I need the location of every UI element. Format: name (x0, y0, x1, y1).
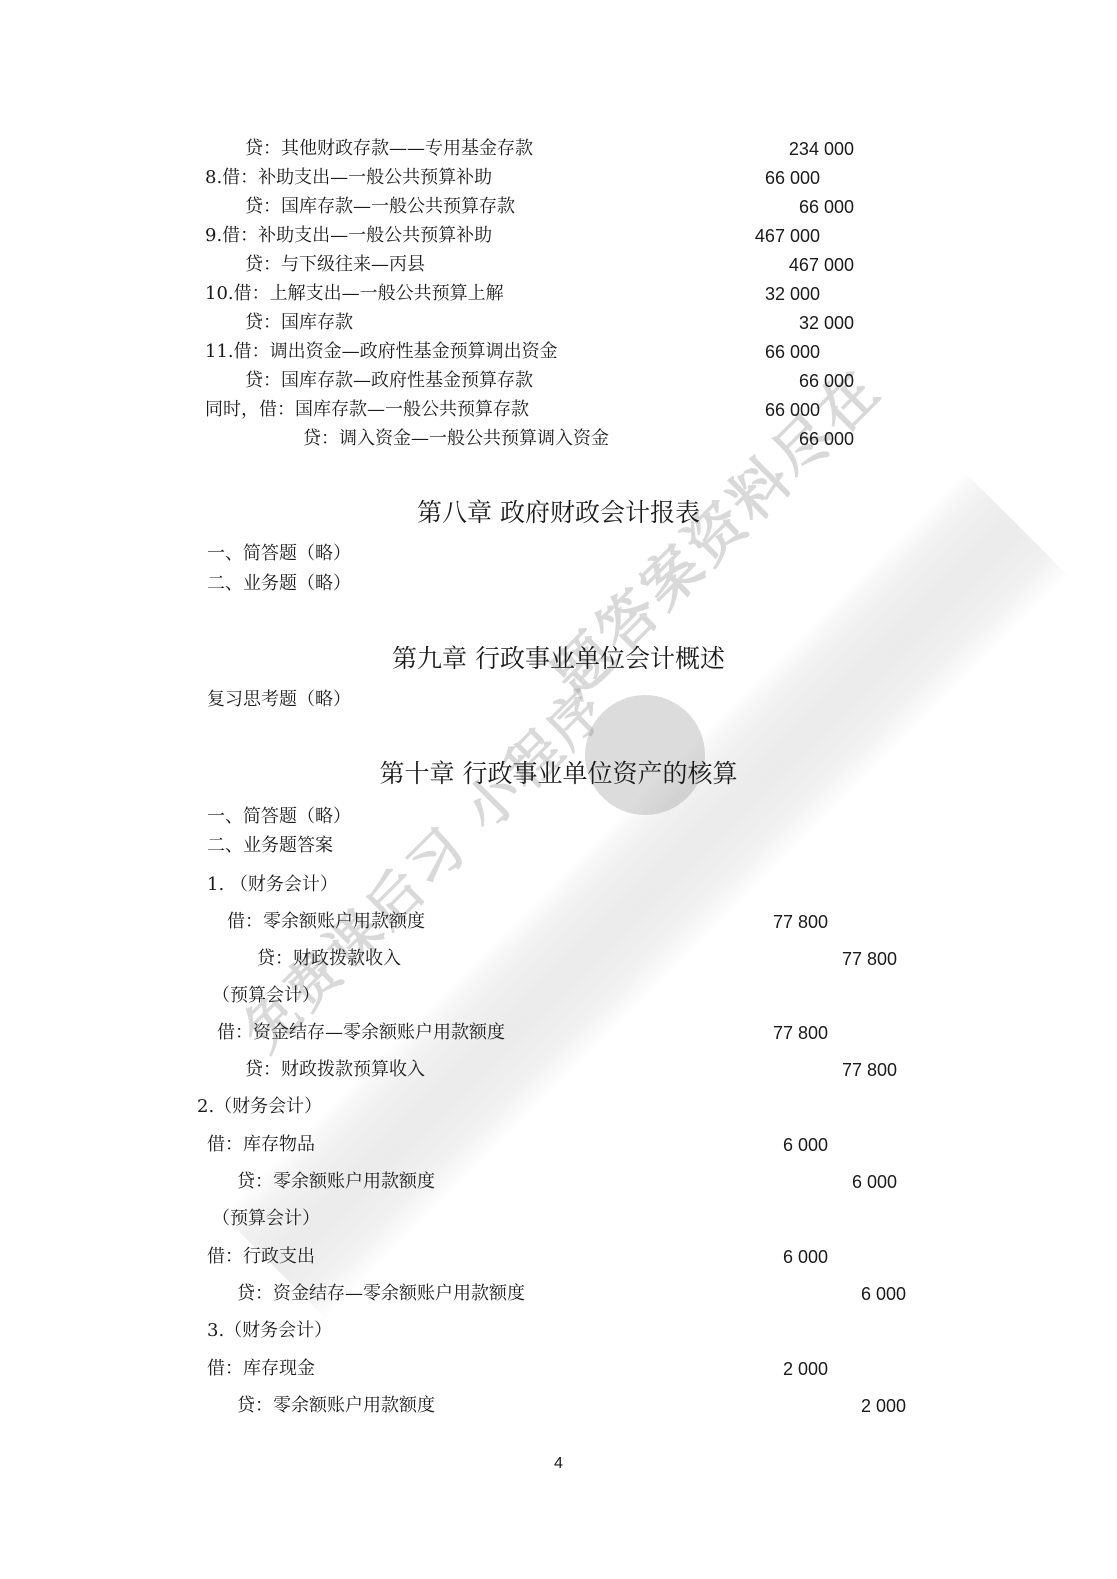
page-number: 4 (0, 1455, 1117, 1473)
chapter-10-item: 一、简答题（略） (207, 805, 351, 829)
entry-amount: 6 000 (852, 1170, 897, 1194)
entry-text: 借：库存现金 (207, 1357, 315, 1381)
entry-amount: 2 000 (861, 1394, 906, 1418)
entry-heading: 3.（财务会计） (207, 1319, 332, 1343)
entry-amount: 6 000 (783, 1245, 828, 1269)
chapter-8-title: 第八章 政府财政会计报表 (0, 497, 1117, 529)
entry-text: 贷：调入资金—一般公共预算调入资金 (303, 427, 609, 451)
chapter-9-title: 第九章 行政事业单位会计概述 (0, 643, 1117, 675)
entry-heading: 2.（财务会计） (197, 1095, 322, 1119)
entry-amount: 32 000 (765, 282, 820, 306)
entry-text: 贷：财政拨款预算收入 (245, 1058, 425, 1082)
entry-amount: 66 000 (799, 195, 854, 219)
entry-text: 贷：与下级往来—丙县 (245, 253, 425, 277)
entry-amount: 467 000 (789, 253, 854, 277)
entry-amount: 6 000 (861, 1282, 906, 1306)
entry-amount: 6 000 (783, 1133, 828, 1157)
chapter-8-item: 二、业务题（略） (207, 572, 351, 596)
entry-amount: 66 000 (799, 427, 854, 451)
entry-amount: 66 000 (765, 398, 820, 422)
entry-amount: 77 800 (773, 910, 828, 934)
entry-text: 10.借：上解支出—一般公共预算上解 (205, 282, 504, 306)
entry-heading: （预算会计） (212, 984, 320, 1008)
entry-amount: 32 000 (799, 311, 854, 335)
watermark-text: 题答案资料尽在 (530, 16, 1117, 712)
entry-text: 贷：国库存款—政府性基金预算存款 (245, 369, 533, 393)
entry-amount: 66 000 (799, 369, 854, 393)
entry-text: 借：资金结存—零余额账户用款额度 (217, 1021, 505, 1045)
document-page: 题答案资料尽在 免费课后习 小程序 贷：其他财政存款——专用基金存款 234 0… (0, 0, 1117, 1579)
entry-heading: （预算会计） (212, 1207, 320, 1231)
entry-text: 同时，借：国库存款—一般公共预算存款 (205, 398, 529, 422)
chapter-10-title: 第十章 行政事业单位资产的核算 (0, 758, 1117, 790)
entry-amount: 77 800 (773, 1021, 828, 1045)
entry-text: 贷：财政拨款收入 (257, 947, 401, 971)
entry-amount: 2 000 (783, 1357, 828, 1381)
entry-amount: 77 800 (842, 947, 897, 971)
entry-amount: 66 000 (765, 166, 820, 190)
entry-text: 贷：零余额账户用款额度 (237, 1170, 435, 1194)
entry-amount: 467 000 (755, 224, 820, 248)
entry-text: 借：零余额账户用款额度 (227, 910, 425, 934)
entry-text: 贷：零余额账户用款额度 (237, 1394, 435, 1418)
entry-heading: 1. （财务会计） (207, 873, 338, 897)
entry-text: 9.借：补助支出—一般公共预算补助 (205, 224, 492, 248)
watermark-logo-icon (585, 695, 705, 815)
entry-text: 贷：国库存款 (245, 311, 353, 335)
entry-text: 11.借：调出资金—政府性基金预算调出资金 (205, 340, 558, 364)
entry-amount: 234 000 (789, 137, 854, 161)
entry-text: 借：库存物品 (207, 1133, 315, 1157)
chapter-10-item: 二、业务题答案 (207, 834, 333, 858)
chapter-8-item: 一、简答题（略） (207, 542, 351, 566)
entry-text: 贷：资金结存—零余额账户用款额度 (237, 1282, 525, 1306)
entry-text: 贷：其他财政存款——专用基金存款 (245, 137, 533, 161)
chapter-9-item: 复习思考题（略） (207, 688, 351, 712)
entry-text: 8.借：补助支出—一般公共预算补助 (205, 166, 492, 190)
entry-amount: 66 000 (765, 340, 820, 364)
entry-text: 借：行政支出 (207, 1245, 315, 1269)
entry-amount: 77 800 (842, 1058, 897, 1082)
entry-text: 贷：国库存款—一般公共预算存款 (245, 195, 515, 219)
